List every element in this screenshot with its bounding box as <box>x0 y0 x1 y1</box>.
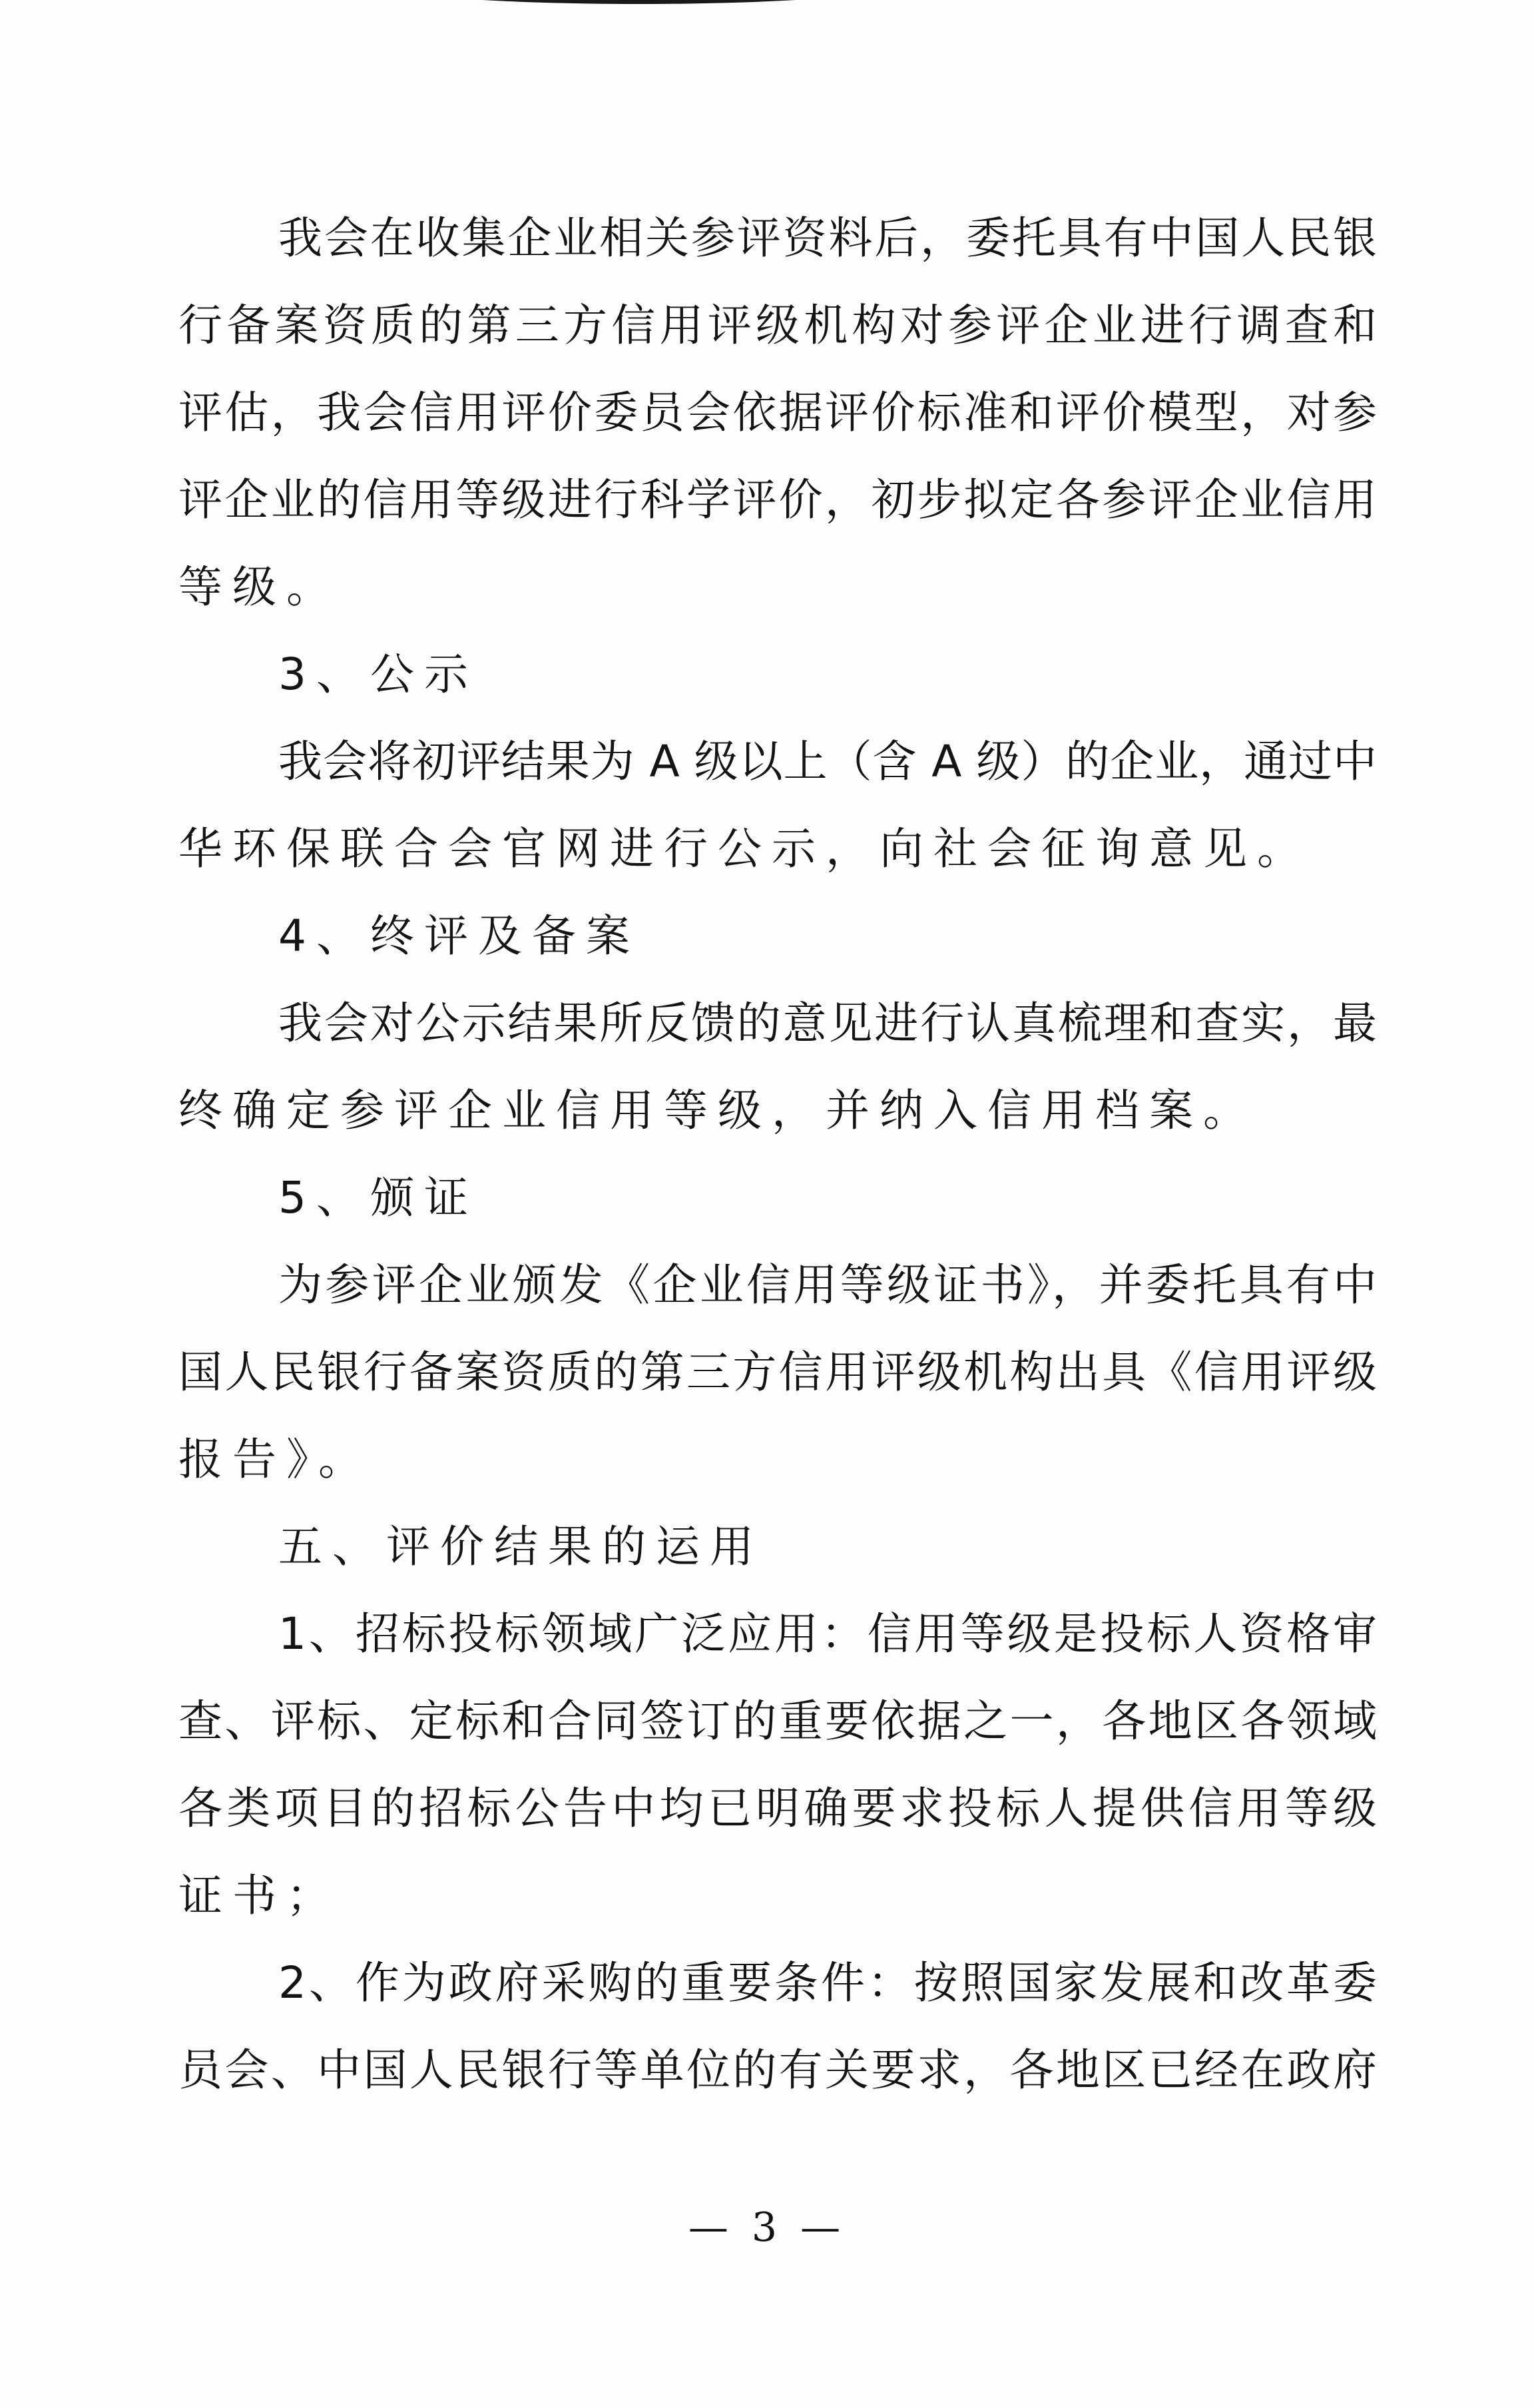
paragraph-line: 我会将初评结果为 A 级以上（含 A 级）的企业，通过中 <box>278 735 1377 788</box>
paragraph-line: 证书； <box>178 1869 340 1923</box>
paragraph-line: 1、招标投标领域广泛应用：信用等级是投标人资格审 <box>278 1608 1377 1661</box>
paragraph-line: 报告》。 <box>178 1433 372 1486</box>
paragraph-line: 评企业的信用等级进行科学评价，初步拟定各参评企业信用 <box>178 473 1377 527</box>
subheading-certification: 5、颁证 <box>278 1171 478 1225</box>
paragraph-line: 行备案资质的第三方信用评级机构对参评企业进行调查和 <box>178 299 1377 352</box>
document-page: 我会在收集企业相关参评资料后，委托具有中国人民银 行备案资质的第三方信用评级机构… <box>0 0 1534 2408</box>
paragraph-line: 各类项目的招标公告中均已明确要求投标人提供信用等级 <box>178 1782 1377 1835</box>
paragraph-line: 我会在收集企业相关参评资料后，委托具有中国人民银 <box>278 212 1377 265</box>
scan-binding-shadow <box>386 0 892 4</box>
paragraph-line: 等级。 <box>178 561 340 614</box>
page-number: — 3 — <box>0 2204 1534 2251</box>
section-heading-results-application: 五、评价结果的运用 <box>278 1520 764 1574</box>
paragraph-line: 终确定参评企业信用等级，并纳入信用档案。 <box>178 1084 1257 1137</box>
paragraph-line: 为参评企业颁发《企业信用等级证书》，并委托具有中 <box>278 1259 1377 1312</box>
paragraph-line: 我会对公示结果所反馈的意见进行认真梳理和查实，最 <box>278 997 1377 1050</box>
paragraph-line: 评估，我会信用评价委员会依据评价标准和评价模型，对参 <box>178 386 1377 440</box>
paragraph-line: 员会、中国人民银行等单位的有关要求，各地区已经在政府 <box>178 2044 1377 2097</box>
paragraph-line: 查、评标、定标和合同签订的重要依据之一，各地区各领域 <box>178 1695 1377 1748</box>
subheading-publicity: 3、公示 <box>278 648 478 701</box>
paragraph-line: 华环保联合会官网进行公示，向社会征询意见。 <box>178 822 1311 876</box>
paragraph-line: 2、作为政府采购的重要条件：按照国家发展和改革委 <box>278 1956 1377 2010</box>
paragraph-line: 国人民银行备案资质的第三方信用评级机构出具《信用评级 <box>178 1346 1377 1399</box>
subheading-final-review: 4、终评及备案 <box>278 910 640 963</box>
